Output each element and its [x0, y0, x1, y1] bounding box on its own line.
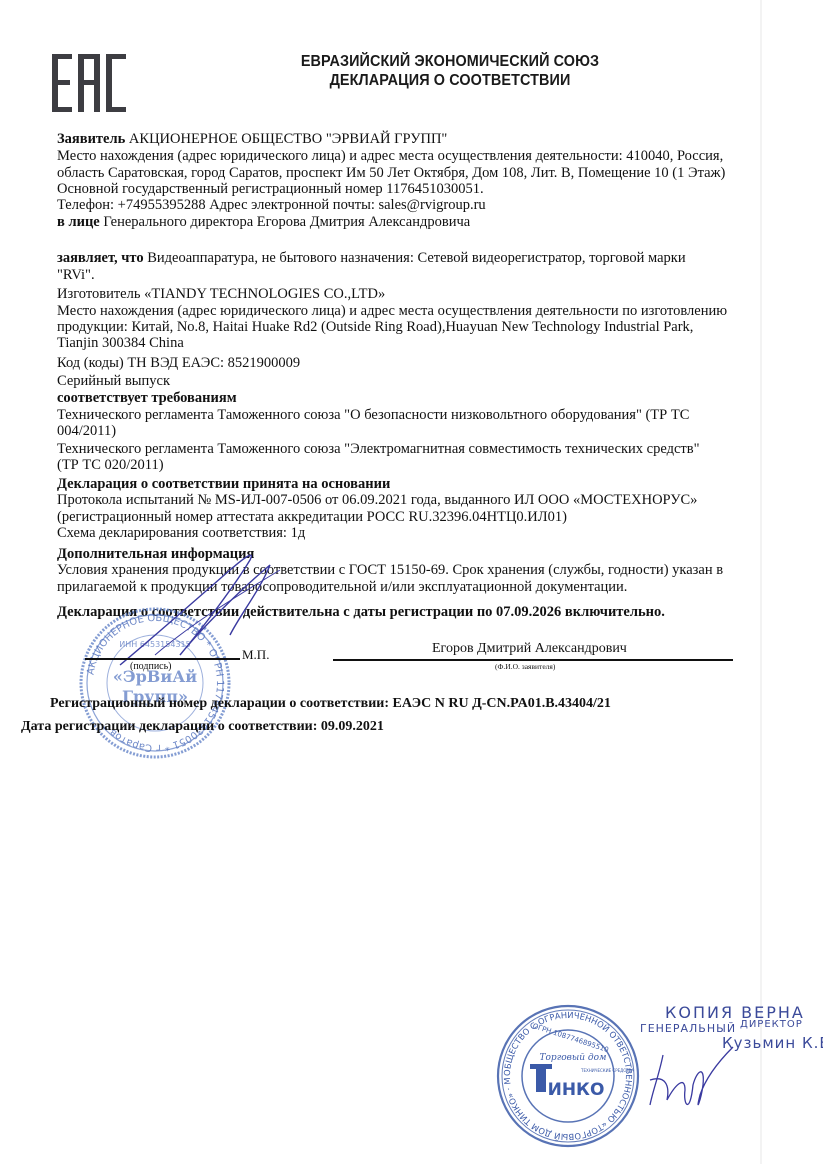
test-protocol-1: Протокола испытаний № MS-ИЛ-007-0506 от … [57, 492, 697, 509]
registration-date: 09.09.2021 [321, 719, 384, 734]
copy-certified-signature [645, 1045, 735, 1120]
applicant-label: Заявитель [57, 131, 125, 147]
copy-position-word2: ДИРЕКТОР [740, 1019, 803, 1030]
signer-name: Егоров Дмитрий Александрович [432, 640, 627, 657]
declaration-title: ДЕКЛАРАЦИЯ О СООТВЕТСТВИИ [218, 71, 683, 90]
declaration-scheme: Схема декларирования соответствия: 1д [57, 525, 305, 542]
svg-text:ТЕХНИЧЕСКИЕ СРЕДСТВА: ТЕХНИЧЕСКИЕ СРЕДСТВА [580, 1068, 634, 1073]
registration-number-label: Регистрационный номер декларации о соотв… [50, 696, 393, 711]
hs-code: Код (коды) ТН ВЭД ЕАЭС: 8521900009 [57, 355, 300, 372]
declares-label: заявляет, что [57, 250, 144, 266]
product-description: Видеоаппаратура, не бытового назначения:… [144, 250, 686, 266]
svg-text:Торговый дом: Торговый дом [540, 1053, 607, 1063]
signer-caption: (Ф.И.О. заявителя) [495, 662, 555, 671]
seal-label: М.П. [242, 646, 269, 663]
copy-certified-seal-stamp: ОБЩЕСТВО С ОГРАНИЧЕННОЙ ОТВЕТСТВЕННОСТЬЮ… [493, 1000, 643, 1150]
represented-by: Генерального директора Егорова Дмитрия А… [100, 214, 470, 230]
applicant-contacts: Телефон: +74955395288 Адрес электронной … [57, 197, 486, 214]
eac-logo-icon [52, 54, 126, 112]
regulation-2-line-1: Технического регламента Таможенного союз… [57, 441, 700, 458]
regulation-2-line-2: (ТР ТС 020/2011) [57, 457, 164, 474]
product-brand: "RVi". [57, 267, 95, 284]
basis-heading: Декларация о соответствии принята на осн… [57, 476, 390, 493]
document-header: ЕВРАЗИЙСКИЙ ЭКОНОМИЧЕСКИЙ СОЮЗ ДЕКЛАРАЦИ… [218, 52, 683, 90]
manufacturer: Изготовитель «TIANDY TECHNOLOGIES CO.,LT… [57, 286, 385, 303]
signature-caption: (подпись) [130, 661, 172, 672]
manufacturer-address-3: Tianjin 300384 China [57, 335, 184, 352]
applicant-address-2: область Саратовская, город Саратов, прос… [57, 165, 725, 182]
signature-line [85, 658, 240, 660]
applicant-line: Заявитель АКЦИОНЕРНОЕ ОБЩЕСТВО "ЭРВИАЙ Г… [57, 131, 447, 148]
manufacturer-address-2: продукции: Китай, No.8, Haitai Huake Rd2… [57, 319, 693, 336]
requirements-heading: соответствует требованиям [57, 390, 237, 407]
copy-signer-name: Кузьмин К.В. [722, 1034, 823, 1052]
test-protocol-2: (регистрационный номер аттестата аккреди… [57, 509, 567, 526]
production-type: Серийный выпуск [57, 373, 170, 390]
union-title: ЕВРАЗИЙСКИЙ ЭКОНОМИЧЕСКИЙ СОЮЗ [218, 52, 683, 71]
registration-number-line: Регистрационный номер декларации о соотв… [50, 695, 611, 712]
regulation-1-line-2: 004/2011) [57, 423, 116, 440]
scan-artifact [760, 0, 762, 1164]
declares-line: заявляет, что Видеоаппаратура, не бытово… [57, 250, 686, 267]
signer-name-line [333, 659, 733, 661]
represented-line: в лице Генерального директора Егорова Дм… [57, 214, 470, 231]
manufacturer-address-1: Место нахождения (адрес юридического лиц… [57, 303, 727, 320]
represented-label: в лице [57, 214, 100, 230]
registration-date-label: Дата регистрации декларации о соответств… [21, 719, 321, 734]
registration-number: ЕАЭС N RU Д-CN.PA01.B.43404/21 [393, 696, 611, 711]
svg-text:ИНКО: ИНКО [548, 1080, 605, 1100]
applicant-name: АКЦИОНЕРНОЕ ОБЩЕСТВО "ЭРВИАЙ ГРУПП" [125, 131, 447, 147]
applicant-address-1: Место нахождения (адрес юридического лиц… [57, 148, 723, 165]
applicant-ogrn: Основной государственный регистрационный… [57, 181, 484, 198]
registration-date-line: Дата регистрации декларации о соответств… [21, 718, 384, 735]
regulation-1-line-1: Технического регламента Таможенного союз… [57, 407, 689, 424]
